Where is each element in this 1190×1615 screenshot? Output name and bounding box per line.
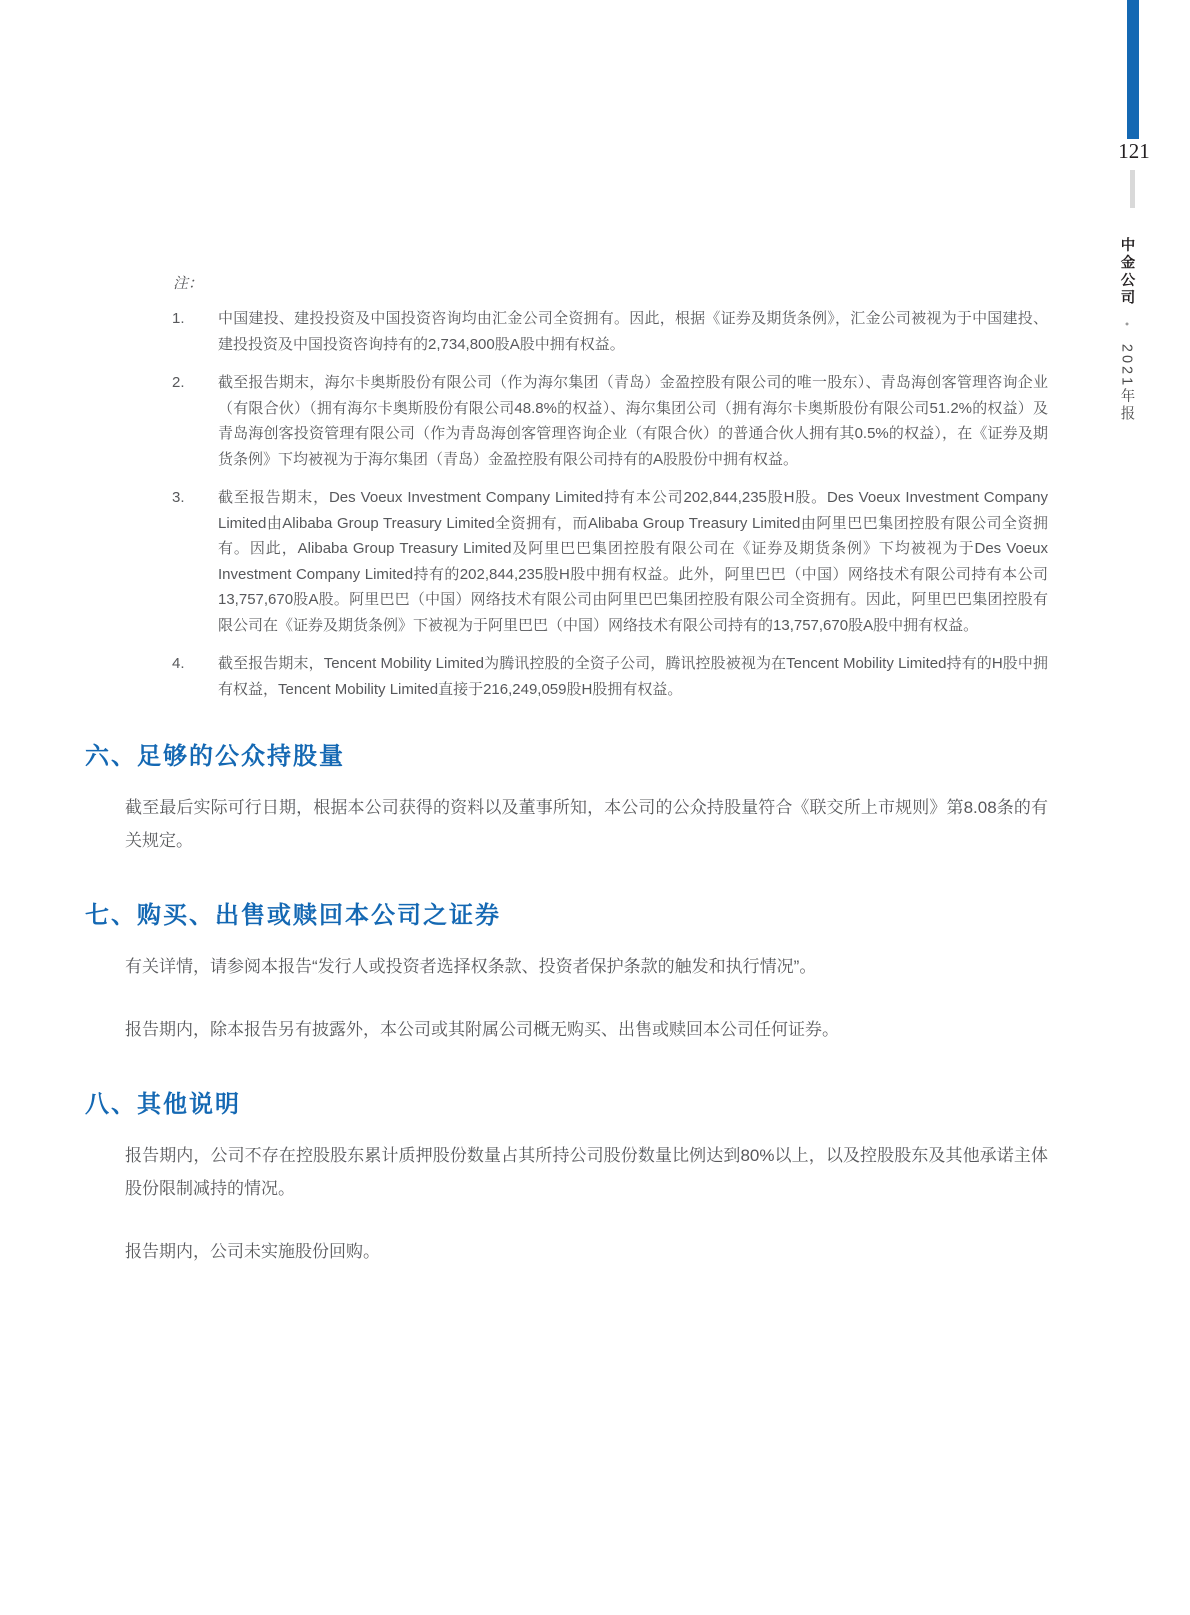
section-heading: 六、足够的公众持股量: [85, 736, 1048, 771]
notes-label: 注：: [173, 272, 1048, 293]
section-paragraph: 报告期内，公司不存在控股股东累计质押股份数量占其所持公司股份数量比例达到80%以…: [125, 1139, 1048, 1205]
section-paragraph: 有关详情，请参阅本报告“发行人或投资者选择权条款、投资者保护条款的触发和执行情况…: [125, 950, 1048, 983]
page-content: 注： 1. 中国建投、建投投资及中国投资咨询均由汇金公司全资拥有。因此，根据《证…: [85, 272, 1048, 1268]
note-item: 1. 中国建投、建投投资及中国投资咨询均由汇金公司全资拥有。因此，根据《证券及期…: [172, 306, 1048, 357]
section-sufficient-public-float: 六、足够的公众持股量 截至最后实际可行日期，根据本公司获得的资料以及董事所知，本…: [85, 736, 1048, 857]
section-purchase-sale-redemption: 七、购买、出售或赎回本公司之证券 有关详情，请参阅本报告“发行人或投资者选择权条…: [85, 895, 1048, 1046]
page-number-rule: [1130, 170, 1135, 208]
note-item: 4. 截至报告期末，Tencent Mobility Limited为腾讯控股的…: [172, 651, 1048, 702]
page-number: 121: [1108, 139, 1160, 164]
note-item: 2. 截至报告期末，海尔卡奥斯股份有限公司（作为海尔集团（青岛）金盈控股有限公司…: [172, 370, 1048, 472]
note-text: 中国建投、建投投资及中国投资咨询均由汇金公司全资拥有。因此，根据《证券及期货条例…: [218, 306, 1048, 357]
section-paragraph: 报告期内，公司未实施股份回购。: [125, 1235, 1048, 1268]
section-paragraph: 报告期内，除本报告另有披露外，本公司或其附属公司概无购买、出售或赎回本公司任何证…: [125, 1013, 1048, 1046]
page-accent-bar: [1127, 0, 1139, 139]
note-text: 截至报告期末，Tencent Mobility Limited为腾讯控股的全资子…: [218, 651, 1048, 702]
note-text: 截至报告期末，Des Voeux Investment Company Limi…: [218, 485, 1048, 638]
note-item: 3. 截至报告期末，Des Voeux Investment Company L…: [172, 485, 1048, 638]
brand-separator-dot: •: [1121, 322, 1133, 329]
section-paragraph: 截至最后实际可行日期，根据本公司获得的资料以及董事所知，本公司的公众持股量符合《…: [125, 791, 1048, 857]
brand-edition: 2021年报: [1119, 344, 1135, 423]
section-heading: 八、其他说明: [85, 1084, 1048, 1119]
note-number: 4.: [172, 651, 218, 702]
notes-list: 1. 中国建投、建投投资及中国投资咨询均由汇金公司全资拥有。因此，根据《证券及期…: [172, 306, 1048, 702]
section-other-notes: 八、其他说明 报告期内，公司不存在控股股东累计质押股份数量占其所持公司股份数量比…: [85, 1084, 1048, 1268]
note-number: 3.: [172, 485, 218, 638]
section-heading: 七、购买、出售或赎回本公司之证券: [85, 895, 1048, 930]
vertical-brand-text: 中金公司 • 2021年报: [1119, 237, 1134, 637]
note-number: 2.: [172, 370, 218, 472]
note-number: 1.: [172, 306, 218, 357]
annual-report-page: 121 中金公司 • 2021年报 注： 1. 中国建投、建投投资及中国投资咨询…: [0, 0, 1190, 1615]
note-text: 截至报告期末，海尔卡奥斯股份有限公司（作为海尔集团（青岛）金盈控股有限公司的唯一…: [218, 370, 1048, 472]
brand-name: 中金公司: [1119, 237, 1135, 307]
